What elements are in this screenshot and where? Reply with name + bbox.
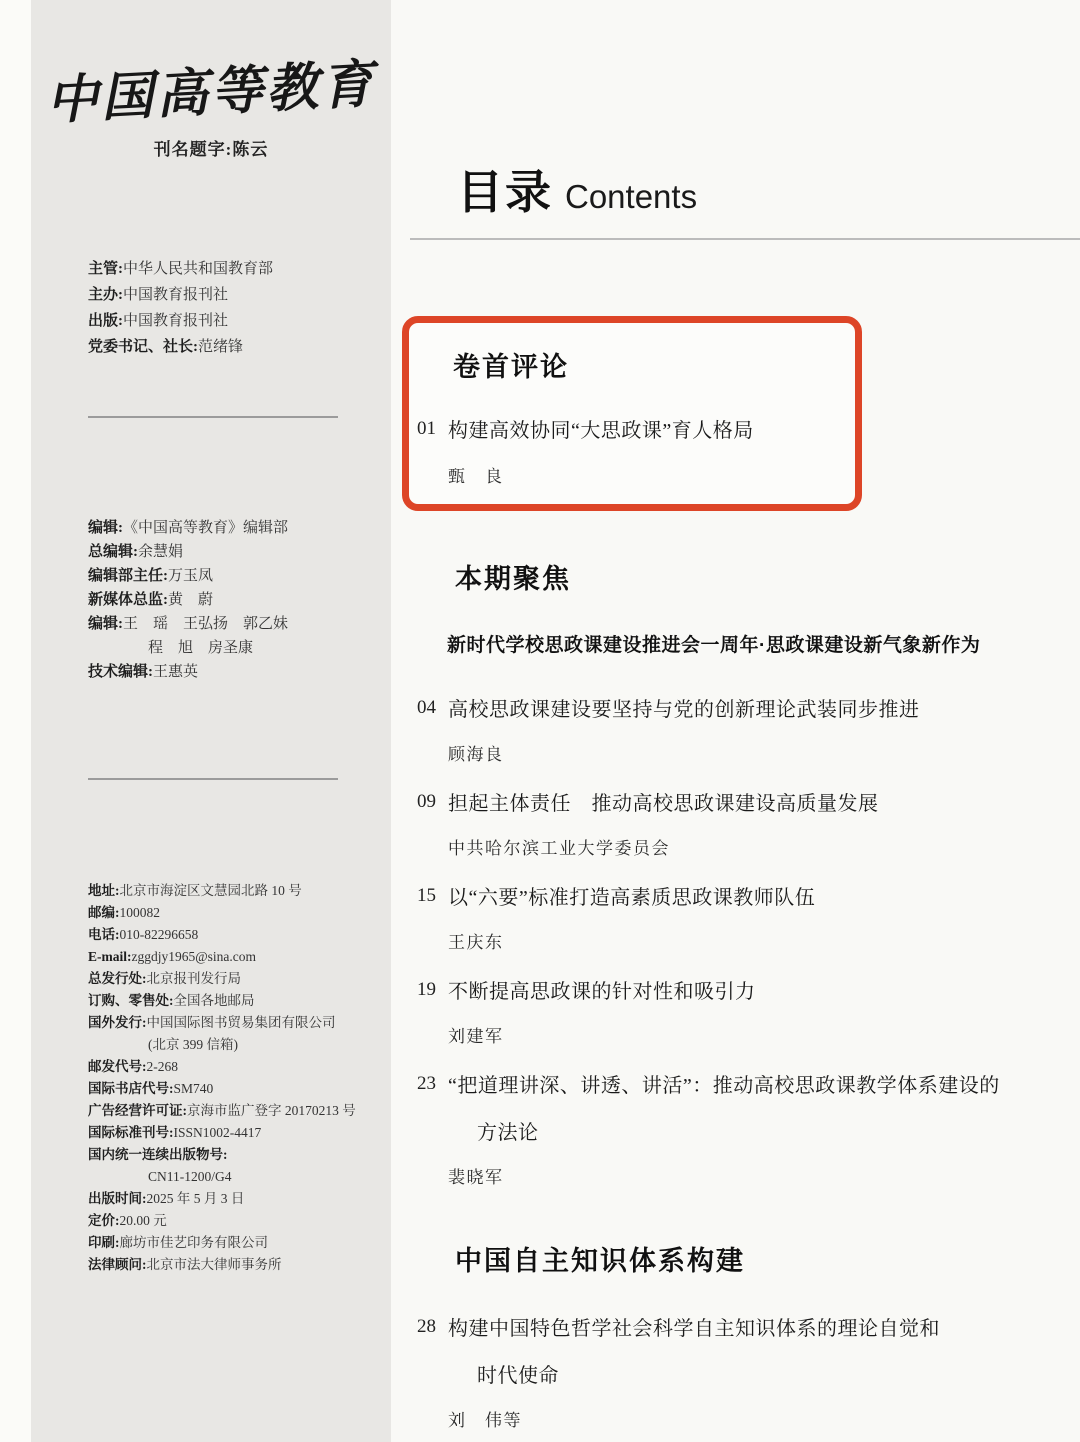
pub-row: 地址:北京市海淀区文慧园北路 10 号	[88, 880, 383, 902]
toc-item: 19 不断提高思政课的针对性和吸引力	[417, 979, 1080, 1005]
toc-article-title-continuation: 方法论	[477, 1120, 1080, 1146]
pub-value: 范绪锋	[198, 339, 243, 355]
masthead-column: 中国高等教育 刊名题字:陈云 主管:中华人民共和国教育部 主办:中国教育报刊社 …	[31, 0, 391, 1442]
toc-page-number: 19	[417, 979, 448, 1005]
divider-line	[88, 778, 338, 780]
pub-value: 中国教育报刊社	[123, 287, 228, 303]
pub-row: 国内统一连续出版物号:	[88, 1144, 383, 1166]
publisher-info-block-3: 地址:北京市海淀区文慧园北路 10 号 邮编:100082 电话:010-822…	[88, 880, 383, 1276]
pub-label: 印刷:	[88, 1235, 120, 1250]
pub-label: 邮发代号:	[88, 1059, 147, 1074]
pub-value: 中国教育报刊社	[123, 313, 228, 329]
pub-label: 总发行处:	[88, 971, 147, 986]
pub-value: 王惠英	[153, 664, 198, 680]
pub-label: 国际书店代号:	[88, 1081, 174, 1096]
pub-value: 北京市法大律师事务所	[147, 1257, 282, 1272]
contents-title-zh: 目录	[457, 156, 553, 222]
toc-page-number: 15	[417, 885, 448, 911]
toc-item-list: 28 构建中国特色哲学社会科学自主知识体系的理论自觉和 时代使命 刘 伟等	[391, 1316, 1080, 1432]
toc-article-title: 不断提高思政课的针对性和吸引力	[448, 979, 756, 1005]
pub-row: 邮发代号:2-268	[88, 1056, 383, 1078]
pub-label: 定价:	[88, 1213, 120, 1228]
pub-label: 出版:	[88, 313, 123, 329]
pub-value: 黄 蔚	[168, 592, 213, 608]
section-current-focus: 本期聚焦 新时代学校思政课建设推进会一周年·思政课建设新气象新作为 04 高校思…	[391, 557, 1080, 1189]
pub-value: 100082	[120, 905, 161, 920]
pub-label: 地址:	[88, 883, 120, 898]
toc-article-author: 刘 伟等	[448, 1410, 1080, 1432]
publisher-info-block-1: 主管:中华人民共和国教育部 主办:中国教育报刊社 出版:中国教育报刊社 党委书记…	[88, 256, 383, 360]
publisher-info-block-2: 编辑:《中国高等教育》编辑部 总编辑:余慧娟 编辑部主任:万玉凤 新媒体总监:黄…	[88, 516, 383, 684]
toc-page-number: 28	[417, 1316, 448, 1342]
toc-page-number: 04	[417, 697, 448, 723]
toc-item: 23 “把道理讲深、讲透、讲活”：推动高校思政课教学体系建设的	[417, 1073, 1080, 1099]
pub-value: 北京报刊发行局	[147, 971, 242, 986]
red-highlight-box: 卷首评论 01 构建高效协同“大思政课”育人格局 甄 良	[402, 316, 862, 511]
pub-value: 《中国高等教育》编辑部	[123, 520, 288, 536]
pub-label: 编辑部主任:	[88, 568, 168, 584]
pub-value: 北京市海淀区文慧园北路 10 号	[120, 883, 302, 898]
pub-label: 国外发行:	[88, 1015, 147, 1030]
toc-page-number: 23	[417, 1073, 448, 1099]
toc-article-author: 顾海良	[448, 744, 1080, 766]
section-title-knowledge-system: 中国自主知识体系构建	[455, 1239, 1080, 1278]
toc-article-title: 高校思政课建设要坚持与党的创新理论武装同步推进	[448, 697, 920, 723]
pub-row-continuation: 程 旭 房圣康	[88, 636, 383, 660]
magazine-contents-page: 中国高等教育 刊名题字:陈云 主管:中华人民共和国教育部 主办:中国教育报刊社 …	[0, 0, 1080, 1442]
toc-article-title: 担起主体责任 推动高校思政课建设高质量发展	[448, 791, 879, 817]
pub-label: 电话:	[88, 927, 120, 942]
pub-value: SM740	[174, 1081, 214, 1096]
contents-title-en: Contents	[565, 178, 697, 216]
pub-label: 主管:	[88, 261, 123, 277]
toc-article-title: 构建高效协同“大思政课”育人格局	[448, 418, 754, 444]
section-knowledge-system: 中国自主知识体系构建 28 构建中国特色哲学社会科学自主知识体系的理论自觉和 时…	[391, 1239, 1080, 1432]
toc-article-title-continuation: 时代使命	[477, 1363, 1080, 1389]
pub-row: 法律顾问:北京市法大律师事务所	[88, 1254, 383, 1276]
masthead: 中国高等教育 刊名题字:陈云	[31, 64, 391, 160]
pub-label: 广告经营许可证:	[88, 1103, 187, 1118]
pub-value: zggdjy1965@sina.com	[132, 949, 257, 964]
toc-item: 15 以“六要”标准打造高素质思政课教师队伍	[417, 885, 1080, 911]
toc-article-author: 裴晓军	[448, 1167, 1080, 1189]
pub-row: 主管:中华人民共和国教育部	[88, 256, 383, 282]
pub-row: 出版时间:2025 年 5 月 3 日	[88, 1188, 383, 1210]
pub-value: 20.00 元	[120, 1213, 167, 1228]
toc-article-author: 中共哈尔滨工业大学委员会	[448, 838, 1080, 860]
pub-label: 国内统一连续出版物号:	[88, 1147, 228, 1162]
pub-value: 王 瑶 王弘扬 郭乙妹	[123, 616, 288, 632]
pub-row: 编辑:王 瑶 王弘扬 郭乙妹	[88, 612, 383, 636]
pub-row: 国外发行:中国国际图书贸易集团有限公司	[88, 1012, 383, 1034]
toc-item: 04 高校思政课建设要坚持与党的创新理论武装同步推进	[417, 697, 1080, 723]
pub-value: 廊坊市佳艺印务有限公司	[120, 1235, 269, 1250]
pub-value: 中华人民共和国教育部	[123, 261, 273, 277]
pub-row: 编辑:《中国高等教育》编辑部	[88, 516, 383, 540]
pub-value: 2-268	[147, 1059, 179, 1074]
logo-credit: 刊名题字:陈云	[31, 135, 391, 160]
toc-article-author: 王庆东	[448, 932, 1080, 954]
toc-item-list: 04 高校思政课建设要坚持与党的创新理论武装同步推进 顾海良 09 担起主体责任…	[391, 697, 1080, 1189]
pub-row: 印刷:廊坊市佳艺印务有限公司	[88, 1232, 383, 1254]
toc-article-author: 甄 良	[448, 466, 849, 488]
toc-item: 09 担起主体责任 推动高校思政课建设高质量发展	[417, 791, 1080, 817]
toc-article-title: 构建中国特色哲学社会科学自主知识体系的理论自觉和	[448, 1316, 940, 1342]
pub-row: 新媒体总监:黄 蔚	[88, 588, 383, 612]
pub-value: 全国各地邮局	[174, 993, 255, 1008]
pub-row: 国际标准刊号:ISSN1002-4417	[88, 1122, 383, 1144]
toc-article-author: 刘建军	[448, 1026, 1080, 1048]
section-title-current-focus: 本期聚焦	[455, 557, 1080, 596]
journal-logo-calligraphy: 中国高等教育	[45, 55, 378, 129]
pub-value: 京海市监广登字 20170213 号	[187, 1103, 356, 1118]
toc-item: 01 构建高效协同“大思政课”育人格局	[417, 418, 849, 444]
pub-row: 主办:中国教育报刊社	[88, 282, 383, 308]
header-rule	[410, 238, 1080, 240]
toc-page-number: 01	[417, 418, 448, 444]
pub-value: 010-82296658	[120, 927, 199, 942]
toc-article-title: “把道理讲深、讲透、讲活”：推动高校思政课教学体系建设的	[448, 1073, 1000, 1099]
pub-row: 总编辑:余慧娟	[88, 540, 383, 564]
section-subtitle: 新时代学校思政课建设推进会一周年·思政课建设新气象新作为	[447, 630, 1060, 657]
pub-label: 法律顾问:	[88, 1257, 147, 1272]
pub-row: 总发行处:北京报刊发行局	[88, 968, 383, 990]
pub-label: 党委书记、社长:	[88, 339, 198, 355]
pub-row: 邮编:100082	[88, 902, 383, 924]
pub-label: 总编辑:	[88, 544, 138, 560]
pub-row: 技术编辑:王惠英	[88, 660, 383, 684]
pub-label: 国际标准刊号:	[88, 1125, 174, 1140]
pub-row: 订购、零售处:全国各地邮局	[88, 990, 383, 1012]
pub-row: 党委书记、社长:范绪锋	[88, 334, 383, 360]
pub-label: 订购、零售处:	[88, 993, 174, 1008]
pub-label: 新媒体总监:	[88, 592, 168, 608]
pub-label: E-mail:	[88, 949, 132, 964]
pub-value: 余慧娟	[138, 544, 183, 560]
pub-row: 编辑部主任:万玉凤	[88, 564, 383, 588]
pub-row: 电话:010-82296658	[88, 924, 383, 946]
pub-row: 定价:20.00 元	[88, 1210, 383, 1232]
pub-row-continuation: (北京 399 信箱)	[88, 1034, 383, 1056]
toc-page-number: 09	[417, 791, 448, 817]
pub-row: 出版:中国教育报刊社	[88, 308, 383, 334]
contents-column: 目录 Contents 卷首评论 01 构建高效协同“大思政课”育人格局 甄 良…	[391, 0, 1080, 1442]
toc-article-title: 以“六要”标准打造高素质思政课教师队伍	[448, 885, 815, 911]
pub-label: 技术编辑:	[88, 664, 153, 680]
pub-label: 编辑:	[88, 520, 123, 536]
pub-label: 主办:	[88, 287, 123, 303]
pub-value: 万玉凤	[168, 568, 213, 584]
pub-row-continuation: CN11-1200/G4	[88, 1166, 383, 1188]
pub-value: ISSN1002-4417	[174, 1125, 262, 1140]
contents-header: 目录 Contents	[457, 156, 1080, 222]
pub-label: 出版时间:	[88, 1191, 147, 1206]
divider-line	[88, 416, 338, 418]
pub-row: 国际书店代号:SM740	[88, 1078, 383, 1100]
section-title-opening-commentary: 卷首评论	[453, 345, 849, 384]
pub-row: E-mail:zggdjy1965@sina.com	[88, 946, 383, 968]
pub-value: 2025 年 5 月 3 日	[147, 1191, 245, 1206]
pub-value: 中国国际图书贸易集团有限公司	[147, 1015, 336, 1030]
pub-row: 广告经营许可证:京海市监广登字 20170213 号	[88, 1100, 383, 1122]
pub-label: 编辑:	[88, 616, 123, 632]
toc-item: 28 构建中国特色哲学社会科学自主知识体系的理论自觉和	[417, 1316, 1080, 1342]
pub-label: 邮编:	[88, 905, 120, 920]
